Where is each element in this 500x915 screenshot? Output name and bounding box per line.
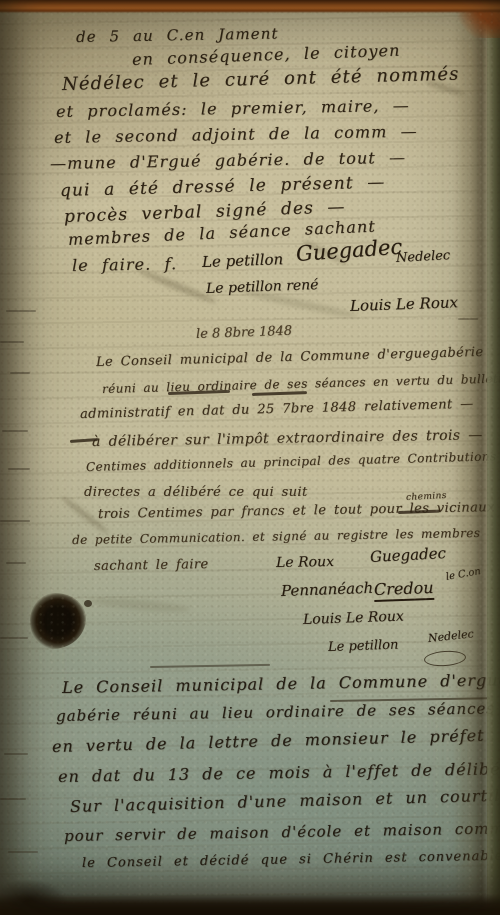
book-bottom-edge (0, 894, 500, 915)
book-top-edge (0, 0, 500, 13)
photograph-of-register-page: de 5 au C.en Jament en conséquence, le c… (0, 0, 500, 915)
bleed-through-mark (8, 468, 30, 470)
handwriting-line: sachant le faire (94, 557, 209, 574)
bleed-through-mark (0, 798, 26, 800)
bleed-through-mark (458, 318, 478, 320)
bleed-through-mark (2, 430, 28, 432)
bleed-through-mark (10, 372, 30, 374)
handwriting-line: directes a délibéré ce qui suit (84, 485, 308, 500)
signature-le-petillon: Le petillon (328, 638, 399, 655)
signature-credou: Credou (374, 578, 434, 602)
bleed-through-mark (8, 851, 38, 853)
bleed-through-mark (0, 637, 28, 639)
signature-pennaneach: Pennanéach (281, 579, 374, 600)
bleed-through-mark (0, 341, 24, 343)
ink-blot-stain (84, 600, 92, 607)
bleed-through-mark (6, 562, 26, 564)
bleed-through-mark (6, 310, 36, 312)
signature-le-roux: Le Roux (276, 554, 334, 571)
shadow-corner (0, 879, 68, 915)
interlinear-insertion: chemins (406, 491, 447, 503)
next-page-edge (487, 0, 500, 915)
signature-louis-le-roux: Louis Le Roux (350, 293, 459, 315)
bleed-through-mark (4, 753, 28, 755)
bleed-through-mark (0, 520, 30, 522)
signature-nedelec: Nedelec (396, 248, 451, 266)
handwriting-line: le faire. f. (72, 254, 178, 275)
handwriting-line: de 5 au C.en Jament (76, 24, 279, 46)
signature-le-petillon: Le petillon (202, 250, 284, 271)
